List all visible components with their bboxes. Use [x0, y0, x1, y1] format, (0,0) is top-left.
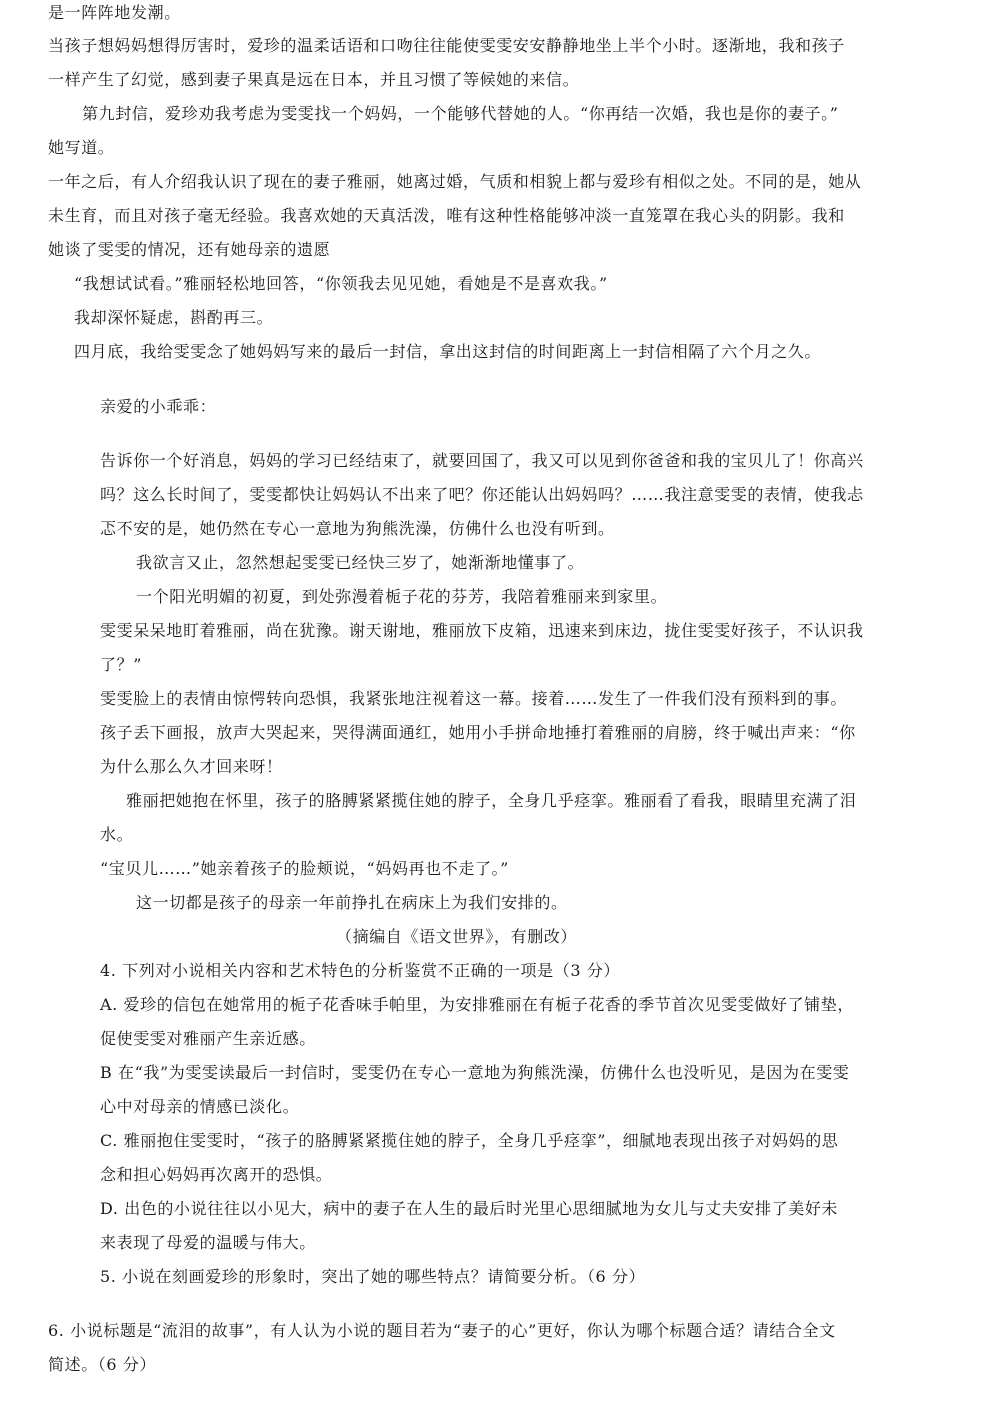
- text-line: 这一切都是孩子的母亲一年前挣扎在病床上为我们安排的。: [136, 892, 568, 914]
- text-line: 她写道。: [48, 137, 114, 159]
- text-line: 促使雯雯对雅丽产生亲近感。: [100, 1028, 316, 1050]
- text-line: 孩子丢下画报，放声大哭起来，哭得满面通红，她用小手拼命地捶打着雅丽的肩膀，终于喊…: [100, 722, 856, 744]
- text-line: 了？”: [100, 654, 142, 676]
- text-line: C. 雅丽抱住雯雯时，“孩子的胳膊紧紧揽住她的脖子，全身几乎痉挛”，细腻地表现出…: [100, 1130, 838, 1152]
- text-line: “我想试试看。”雅丽轻松地回答，“你领我去见见她，看她是不是喜欢我。”: [74, 273, 608, 295]
- text-line: D. 出色的小说往往以小见大，病中的妻子在人生的最后时光里心思细腻地为女儿与丈夫…: [100, 1198, 838, 1220]
- text-line: 吗？这么长时间了，雯雯都快让妈妈认不出来了吧？你还能认出妈妈吗？……我注意雯雯的…: [100, 484, 864, 506]
- text-line: 5. 小说在刻画爱珍的形象时，突出了她的哪些特点？请简要分析。（6 分）: [100, 1266, 645, 1288]
- text-line: 简述。（6 分）: [48, 1354, 156, 1376]
- text-line: 她谈了雯雯的情况，还有她母亲的遗愿: [48, 239, 330, 261]
- text-line: 雯雯呆呆地盯着雅丽，尚在犹豫。谢天谢地，雅丽放下皮箱，迅速来到床边，拢住雯雯好孩…: [100, 620, 864, 642]
- text-line: B 在“我”为雯雯读最后一封信时，雯雯仍在专心一意地为狗熊洗澡，仿佛什么也没听见…: [100, 1062, 849, 1084]
- text-line: “宝贝儿……”她亲着孩子的脸颊说，“妈妈再也不走了。”: [100, 858, 509, 880]
- text-line: A. 爱珍的信包在她常用的栀子花香味手帕里，为安排雅丽在有栀子花香的季节首次见雯…: [100, 994, 854, 1016]
- text-line: 忑不安的是，她仍然在专心一意地为狗熊洗澡，仿佛什么也没有听到。: [100, 518, 615, 540]
- text-line: 一样产生了幻觉，感到妻子果真是远在日本，并且习惯了等候她的来信。: [48, 69, 579, 91]
- text-line: 告诉你一个好消息，妈妈的学习已经结束了，就要回国了，我又可以见到你爸爸和我的宝贝…: [100, 450, 864, 472]
- text-line: 我却深怀疑虑，斟酌再三。: [74, 307, 273, 329]
- text-line: 来表现了母爱的温暖与伟大。: [100, 1232, 316, 1254]
- text-line: 亲爱的小乖乖：: [100, 396, 216, 418]
- text-line: 6. 小说标题是“流泪的故事”，有人认为小说的题目若为“妻子的心”更好，你认为哪…: [48, 1320, 836, 1342]
- text-line: 我欲言又止，忽然想起雯雯已经快三岁了，她渐渐地懂事了。: [136, 552, 584, 574]
- text-line: 心中对母亲的情感已淡化。: [100, 1096, 299, 1118]
- text-line: 未生育，而且对孩子毫无经验。我喜欢她的天真活泼，唯有这种性格能够冲淡一直笼罩在我…: [48, 205, 845, 227]
- text-line: 当孩子想妈妈想得厉害时，爱珍的温柔话语和口吻往往能使雯雯安安静静地坐上半个小时。…: [48, 35, 845, 57]
- text-line: 雯雯脸上的表情由惊愕转向恐惧，我紧张地注视着这一幕。接着……发生了一件我们没有预…: [100, 688, 847, 710]
- text-line: 为什么那么久才回来呀！: [100, 756, 283, 778]
- text-line: 水。: [100, 824, 133, 846]
- text-line: 是一阵阵地发潮。: [48, 2, 181, 24]
- text-line: 一年之后，有人介绍我认识了现在的妻子雅丽，她离过婚，气质和相貌上都与爱珍有相似之…: [48, 171, 861, 193]
- text-line: 雅丽把她抱在怀里，孩子的胳膊紧紧揽住她的脖子，全身几乎痉挛。雅丽看了看我，眼睛里…: [126, 790, 856, 812]
- text-line: （摘编自《语文世界》，有删改）: [336, 926, 577, 948]
- text-line: 四月底，我给雯雯念了她妈妈写来的最后一封信，拿出这封信的时间距离上一封信相隔了六…: [74, 341, 821, 363]
- text-line: 4. 下列对小说相关内容和艺术特色的分析鉴赏不正确的一项是（3 分）: [100, 960, 620, 982]
- text-line: 一个阳光明媚的初夏，到处弥漫着栀子花的芬芳，我陪着雅丽来到家里。: [136, 586, 667, 608]
- text-line: 念和担心妈妈再次离开的恐惧。: [100, 1164, 332, 1186]
- text-line: 第九封信，爱珍劝我考虑为雯雯找一个妈妈，一个能够代替她的人。“你再结一次婚，我也…: [82, 103, 839, 125]
